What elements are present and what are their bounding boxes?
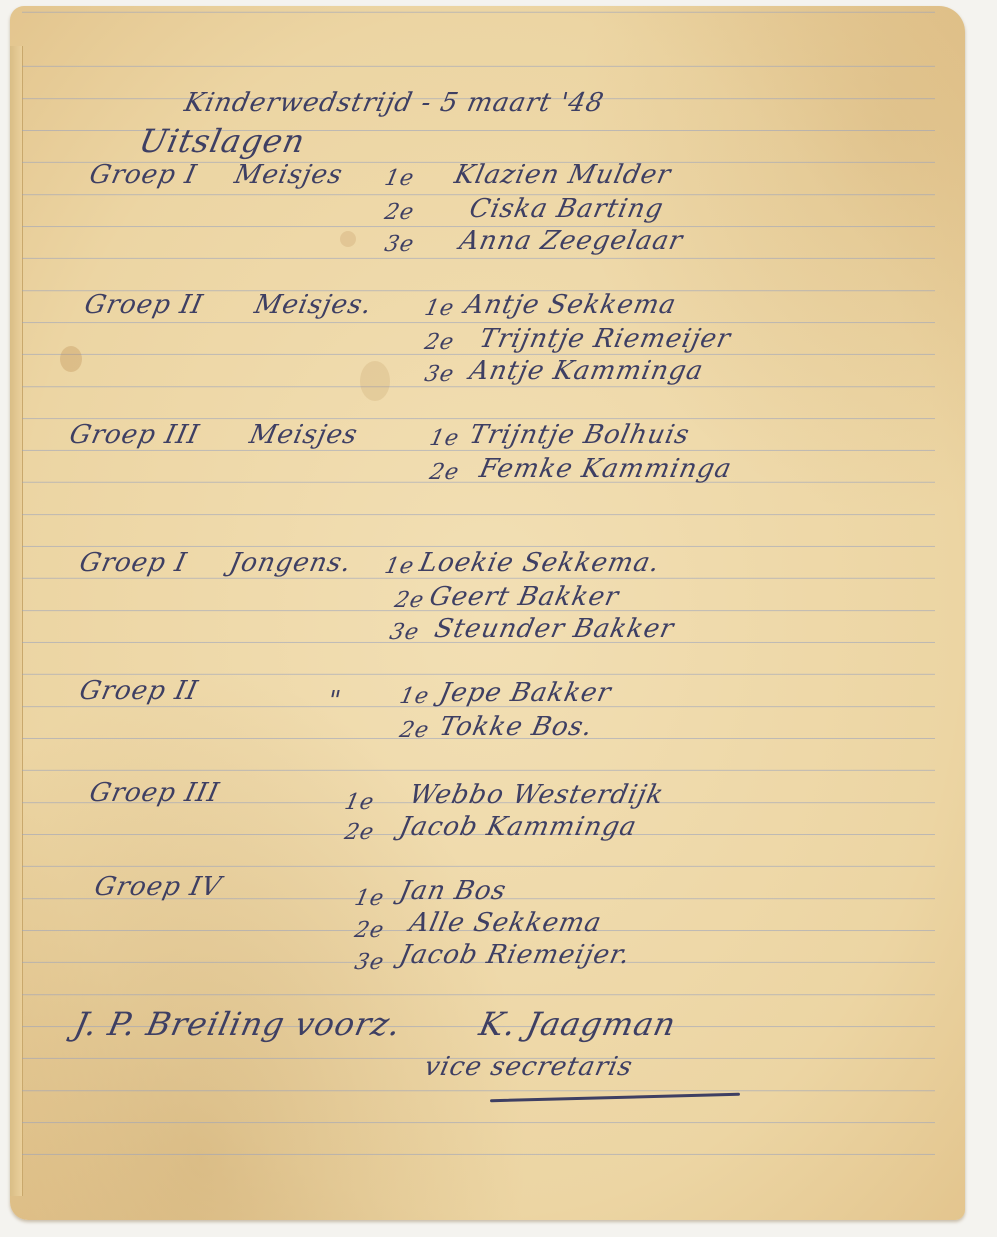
- group-label: Groep IV: [92, 872, 225, 902]
- result-name: Antje Kamminga: [467, 356, 707, 386]
- place-label: 2e: [397, 718, 431, 743]
- paper-stain: [340, 231, 356, 247]
- group-label: Groep III: [87, 778, 222, 808]
- document-title: Kinderwedstrijd - 5 maart '48: [182, 88, 607, 118]
- result-name: Ciska Barting: [467, 194, 667, 224]
- place-label: 3e: [422, 362, 456, 387]
- place-label: 1e: [352, 886, 386, 911]
- place-label: 3e: [382, 232, 416, 257]
- result-name: Jepe Bakker: [437, 678, 614, 708]
- group-label: Groep III: [67, 420, 202, 450]
- place-label: 1e: [427, 426, 461, 451]
- place-label: 2e: [352, 918, 386, 943]
- place-label: 1e: [397, 684, 431, 709]
- place-label: 2e: [342, 820, 376, 845]
- result-name: Jacob Kamminga: [397, 812, 640, 842]
- result-name: Antje Sekkema: [462, 290, 679, 320]
- category-label: Meisjes: [247, 420, 361, 450]
- category-label: Meisjes.: [252, 290, 375, 320]
- group-label: Groep I: [77, 548, 190, 578]
- category-label: Meisjes: [232, 160, 346, 190]
- secretary-signature: K. Jaagman: [476, 1005, 680, 1043]
- result-name: Alle Sekkema: [407, 908, 605, 938]
- place-label: 1e: [382, 166, 416, 191]
- result-name: Loekie Sekkema.: [417, 548, 663, 578]
- document-subtitle: Uitslagen: [136, 122, 309, 160]
- result-name: Geert Bakker: [427, 582, 622, 612]
- result-name: Femke Kamminga: [477, 454, 735, 484]
- secretary-title: vice secretaris: [422, 1052, 636, 1082]
- place-label: 3e: [352, 950, 386, 975]
- result-name: Trijntje Bolhuis: [467, 420, 693, 450]
- result-name: Tokke Bos.: [437, 712, 596, 742]
- place-label: 3e: [387, 620, 421, 645]
- paper-stain: [60, 346, 82, 372]
- group-label: Groep I: [87, 160, 200, 190]
- place-label: 1e: [382, 554, 416, 579]
- place-label: 2e: [422, 330, 456, 355]
- paper-stain: [360, 361, 390, 401]
- result-name: Webbo Westerdijk: [407, 780, 667, 810]
- chair-signature: J. P. Breiling voorz.: [71, 1005, 405, 1043]
- result-name: Klazien Mulder: [452, 160, 674, 190]
- group-label: Groep II: [82, 290, 206, 320]
- place-label: 2e: [427, 460, 461, 485]
- result-name: Trijntje Riemeijer: [477, 324, 734, 354]
- place-label: 2e: [382, 200, 416, 225]
- result-name: Jacob Riemeijer.: [397, 940, 633, 970]
- place-label: 2e: [392, 588, 426, 613]
- category-label: Jongens.: [227, 548, 355, 578]
- result-name: Steunder Bakker: [432, 614, 677, 644]
- place-label: 1e: [342, 790, 376, 815]
- place-label: 1e: [422, 296, 456, 321]
- result-name: Anna Zeegelaar: [457, 226, 686, 256]
- group-label: Groep II: [77, 676, 201, 706]
- result-name: Jan Bos: [397, 876, 509, 906]
